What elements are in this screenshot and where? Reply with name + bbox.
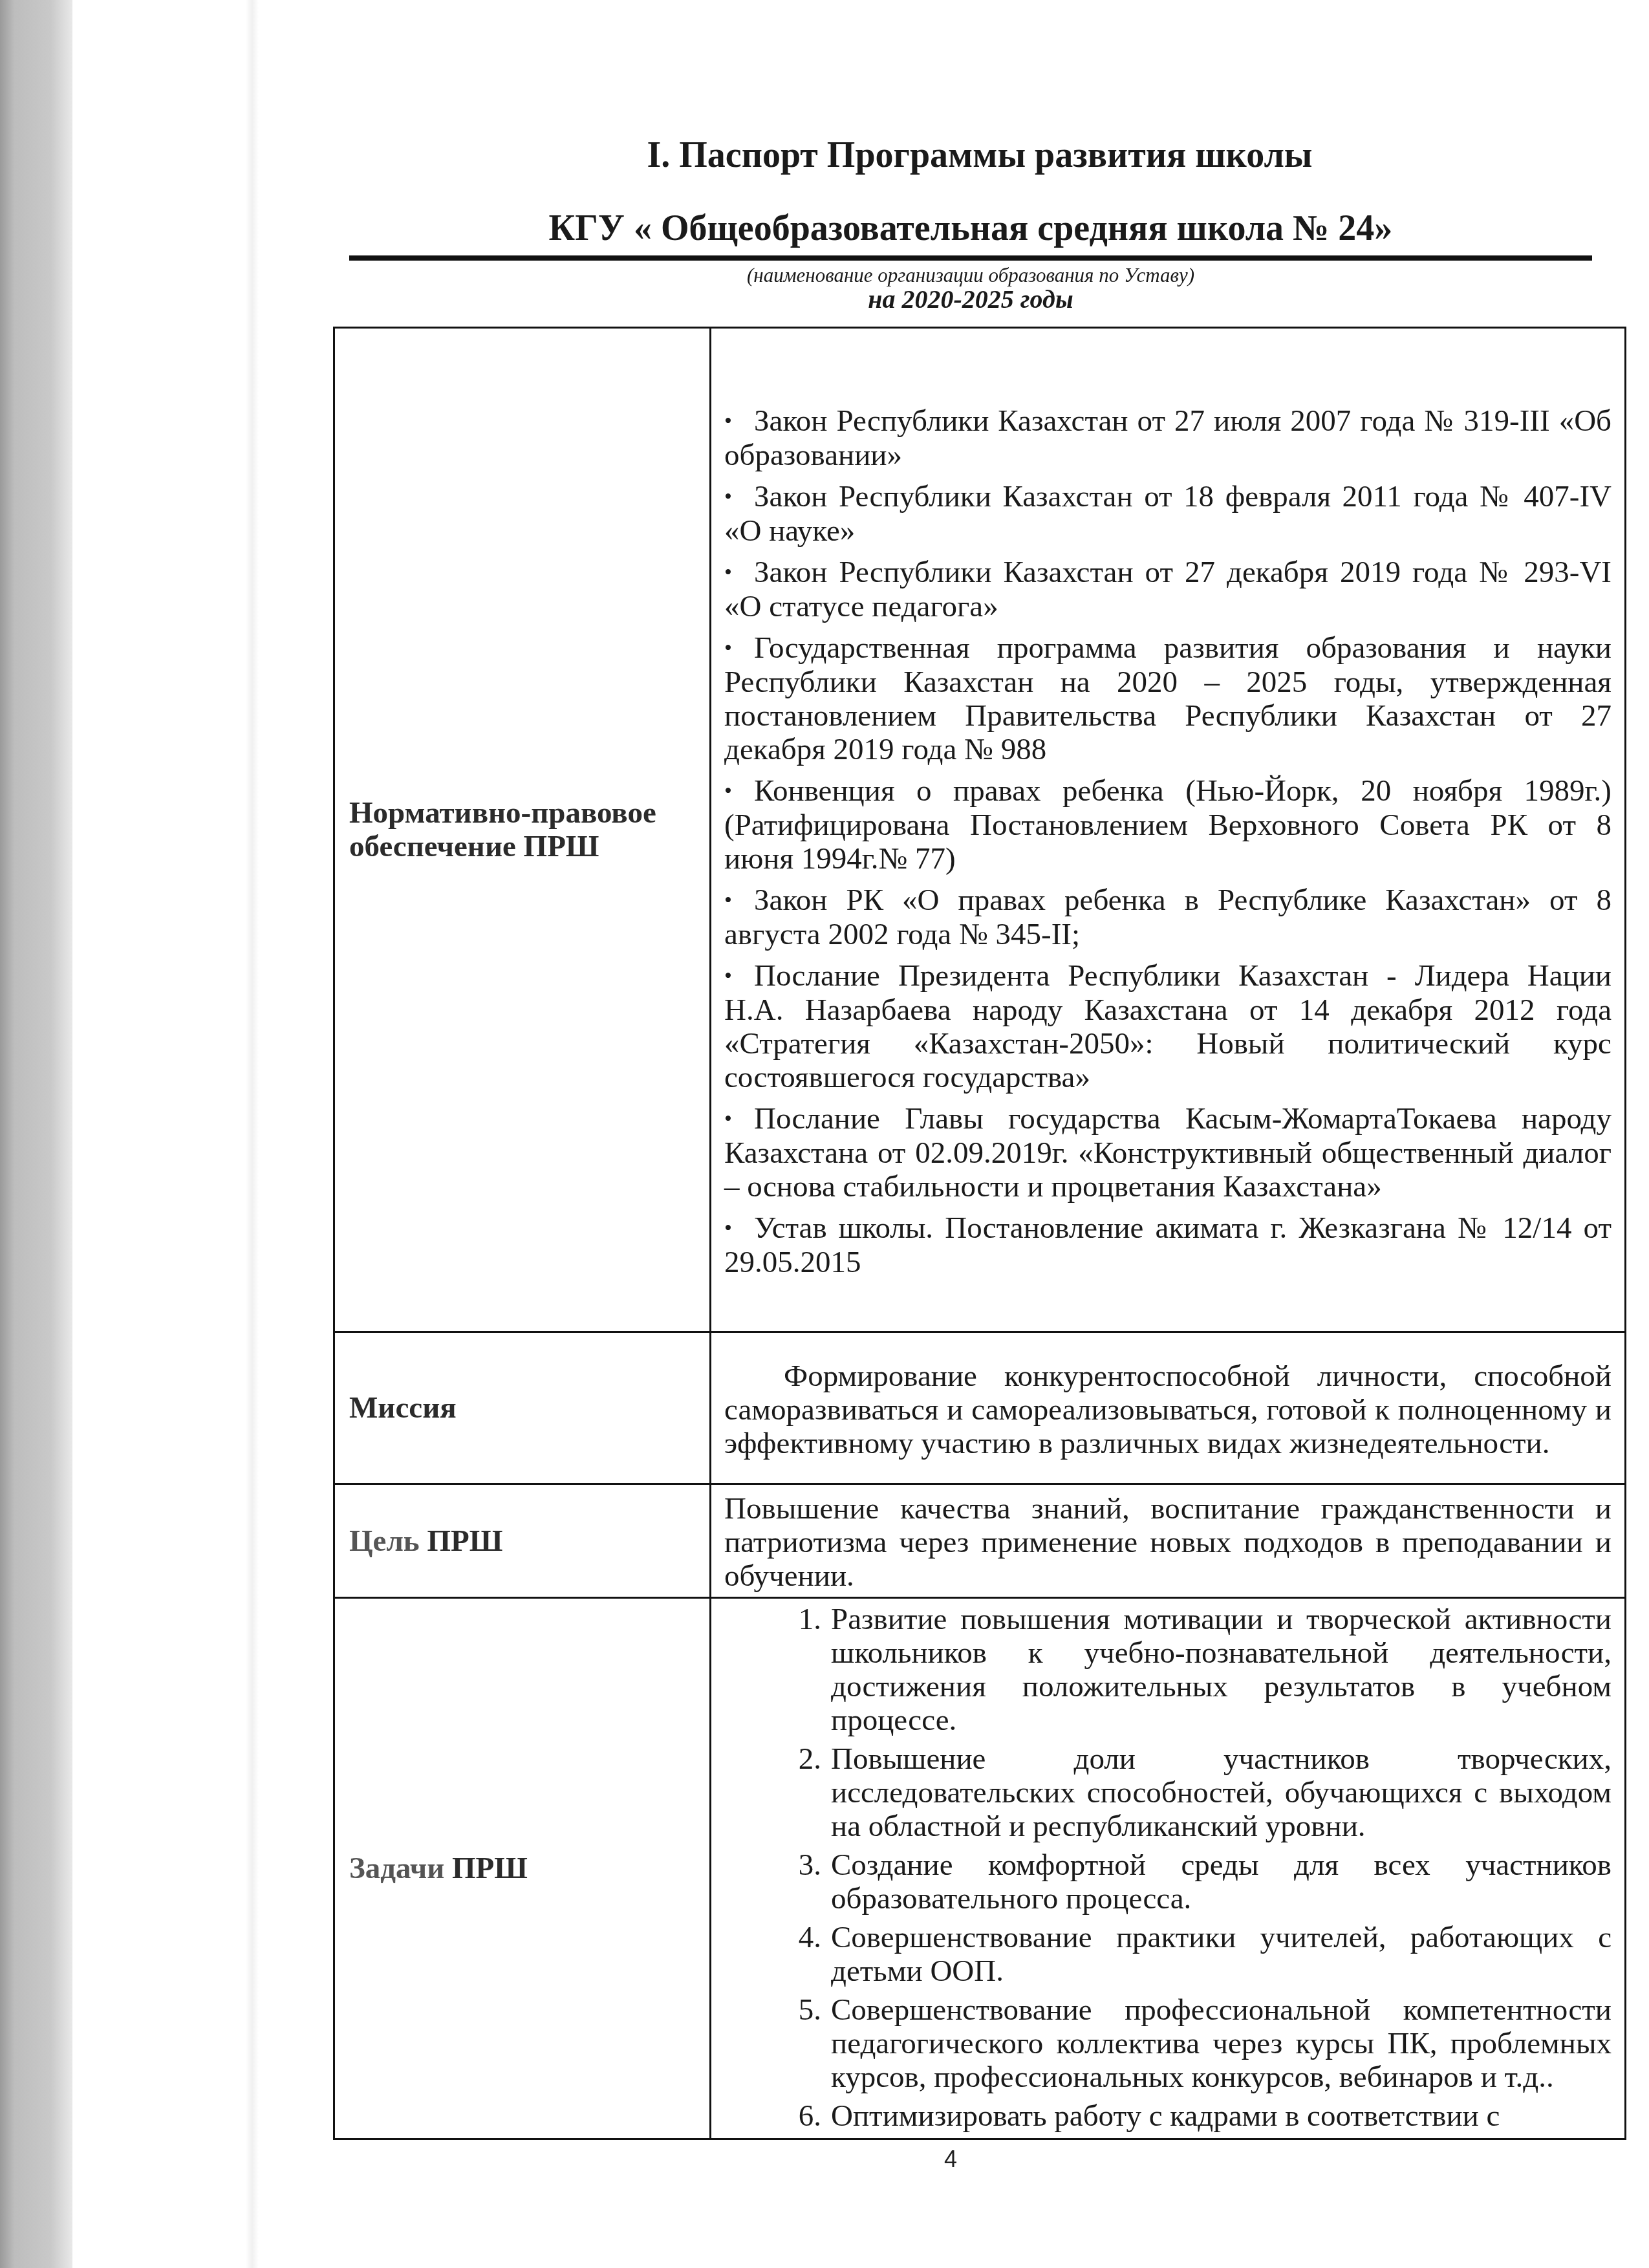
table-row-goal: Цель ПРШ Повышение качества знаний, восп…: [334, 1484, 1626, 1598]
task-list-item: 4.Совершенствование практики учителей, р…: [831, 1921, 1611, 1988]
task-list-item: 2.Повышение доли участников творческих, …: [831, 1742, 1611, 1843]
tasks-label-word: Задачи: [349, 1852, 444, 1885]
normative-item-text: Закон Республики Казахстан от 27 июля 20…: [724, 404, 1611, 472]
program-period: на 2020-2025 годы: [349, 285, 1592, 314]
tasks-content: 1.Развитие повышения мотивации и творчес…: [711, 1598, 1626, 2139]
tasks-list: 1.Развитие повышения мотивации и творчес…: [724, 1603, 1611, 2133]
mission-text: Формирование конкурентоспособной личност…: [724, 1359, 1611, 1460]
task-number: 3.: [770, 1848, 821, 1882]
bullet-icon: •: [724, 1212, 754, 1246]
goal-content: Повышение качества знаний, воспитание гр…: [711, 1484, 1626, 1598]
normative-item-text: Конвенция о правах ребенка (Нью-Йорк, 20…: [724, 774, 1611, 876]
task-list-item: 1.Развитие повышения мотивации и творчес…: [831, 1603, 1611, 1737]
bullet-icon: •: [724, 775, 754, 808]
normative-label: Нормативно-правовое обеспечение ПРШ: [334, 328, 711, 1332]
normative-list-item: •Закон Республики Казахстан от 18 феврал…: [724, 480, 1611, 548]
mission-label: Миссия: [334, 1332, 711, 1484]
goal-text: Повышение качества знаний, воспитание гр…: [724, 1492, 1611, 1593]
bullet-icon: •: [724, 1103, 754, 1136]
normative-item-text: Устав школы. Постановление акимата г. Же…: [724, 1211, 1611, 1279]
task-text: Совершенствование профессиональной компе…: [831, 1993, 1611, 2094]
task-text: Развитие повышения мотивации и творческо…: [831, 1603, 1611, 1737]
task-text: Повышение доли участников творческих, ис…: [831, 1742, 1611, 1843]
table-row-normative: Нормативно-правовое обеспечение ПРШ •Зак…: [334, 328, 1626, 1332]
table-row-tasks: Задачи ПРШ 1.Развитие повышения мотиваци…: [334, 1598, 1626, 2139]
normative-item-text: Закон РК «О правах ребенка в Республике …: [724, 883, 1611, 951]
normative-item-text: Послание Главы государства Касым-Жомарта…: [724, 1102, 1611, 1204]
normative-item-text: Закон Республики Казахстан от 18 февраля…: [724, 480, 1611, 548]
bullet-icon: •: [724, 960, 754, 993]
bullet-icon: •: [724, 632, 754, 665]
task-number: 4.: [770, 1921, 821, 1954]
task-list-item: 6.Оптимизировать работу с кадрами в соот…: [831, 2099, 1611, 2133]
page-title: I. Паспорт Программы развития школы: [336, 133, 1623, 178]
normative-list-item: •Закон Республики Казахстан от 27 июля 2…: [724, 404, 1611, 472]
bullet-icon: •: [724, 556, 754, 590]
normative-item-text: Послание Президента Республики Казахстан…: [724, 959, 1611, 1094]
organization-name: КГУ « Общеобразовательная средняя школа …: [349, 206, 1592, 251]
tasks-label-abbr: ПРШ: [452, 1852, 528, 1885]
task-text: Создание комфортной среды для всех участ…: [831, 1848, 1611, 1916]
page-number: 4: [931, 2146, 970, 2173]
task-number: 6.: [770, 2099, 821, 2133]
normative-item-text: Государственная программа развития образ…: [724, 631, 1611, 766]
goal-label: Цель ПРШ: [334, 1484, 711, 1598]
scan-fold-shadow: [246, 0, 259, 2268]
mission-label-text: Миссия: [349, 1391, 457, 1425]
mission-content: Формирование конкурентоспособной личност…: [711, 1332, 1626, 1484]
normative-list: •Закон Республики Казахстан от 27 июля 2…: [724, 373, 1611, 1279]
task-list-item: 5.Совершенствование профессиональной ком…: [831, 1993, 1611, 2094]
task-text: Оптимизировать работу с кадрами в соотве…: [831, 2099, 1500, 2133]
tasks-label: Задачи ПРШ: [334, 1598, 711, 2139]
bullet-icon: •: [724, 884, 754, 918]
normative-label-text: Нормативно-правовое обеспечение ПРШ: [349, 796, 656, 863]
organization-caption: (наименование организации образования по…: [349, 264, 1592, 287]
bullet-icon: •: [724, 405, 754, 438]
passport-table: Нормативно-правовое обеспечение ПРШ •Зак…: [333, 327, 1626, 2140]
normative-list-item: •Государственная программа развития обра…: [724, 631, 1611, 766]
normative-list-item: •Закон Республики Казахстан от 27 декабр…: [724, 556, 1611, 623]
normative-list-item: •Устав школы. Постановление акимата г. Ж…: [724, 1211, 1611, 1279]
task-number: 5.: [770, 1993, 821, 2027]
bullet-icon: •: [724, 481, 754, 514]
task-number: 2.: [770, 1742, 821, 1776]
goal-label-abbr: ПРШ: [427, 1524, 502, 1558]
task-text: Совершенствование практики учителей, раб…: [831, 1921, 1611, 1988]
task-number: 1.: [770, 1603, 821, 1636]
normative-list-item: •Послание Главы государства Касым-Жомарт…: [724, 1102, 1611, 1204]
normative-content: •Закон Республики Казахстан от 27 июля 2…: [711, 328, 1626, 1332]
goal-label-word: Цель: [349, 1524, 420, 1558]
normative-list-item: •Конвенция о правах ребенка (Нью-Йорк, 2…: [724, 774, 1611, 876]
normative-list-item: •Послание Президента Республики Казахста…: [724, 959, 1611, 1094]
scan-edge-shadow: [0, 0, 72, 2268]
normative-list-item: •Закон РК «О правах ребенка в Республике…: [724, 883, 1611, 951]
table-row-mission: Миссия Формирование конкурентоспособной …: [334, 1332, 1626, 1484]
normative-item-text: Закон Республики Казахстан от 27 декабря…: [724, 556, 1611, 623]
task-list-item: 3.Создание комфортной среды для всех уча…: [831, 1848, 1611, 1916]
organization-underline: [349, 255, 1592, 261]
